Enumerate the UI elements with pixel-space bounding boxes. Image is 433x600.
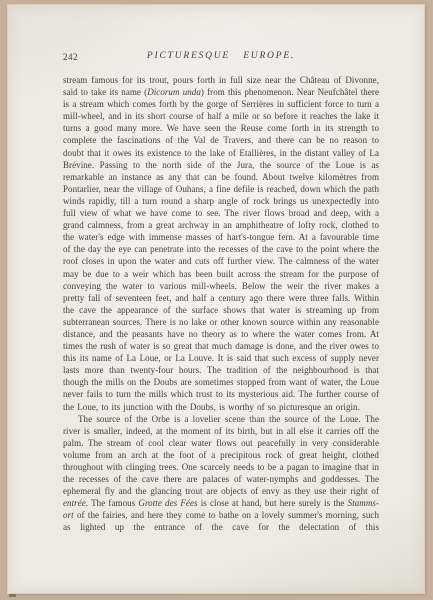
scan-artifact-speck	[9, 594, 16, 597]
body-text: stream famous for its trout, pours forth…	[63, 74, 379, 534]
running-title: PICTURESQUE EUROPE.	[63, 51, 379, 61]
paragraph: stream famous for its trout, pours forth…	[63, 74, 379, 413]
paragraph: The source of the Orbe is a lovelier sce…	[63, 413, 379, 534]
book-page-photo: { "page": { "number": "242", "running_ti…	[0, 0, 433, 600]
page-header: 242 PICTURESQUE EUROPE.	[63, 51, 379, 65]
book-page: 242 PICTURESQUE EUROPE. stream famous fo…	[8, 5, 424, 593]
